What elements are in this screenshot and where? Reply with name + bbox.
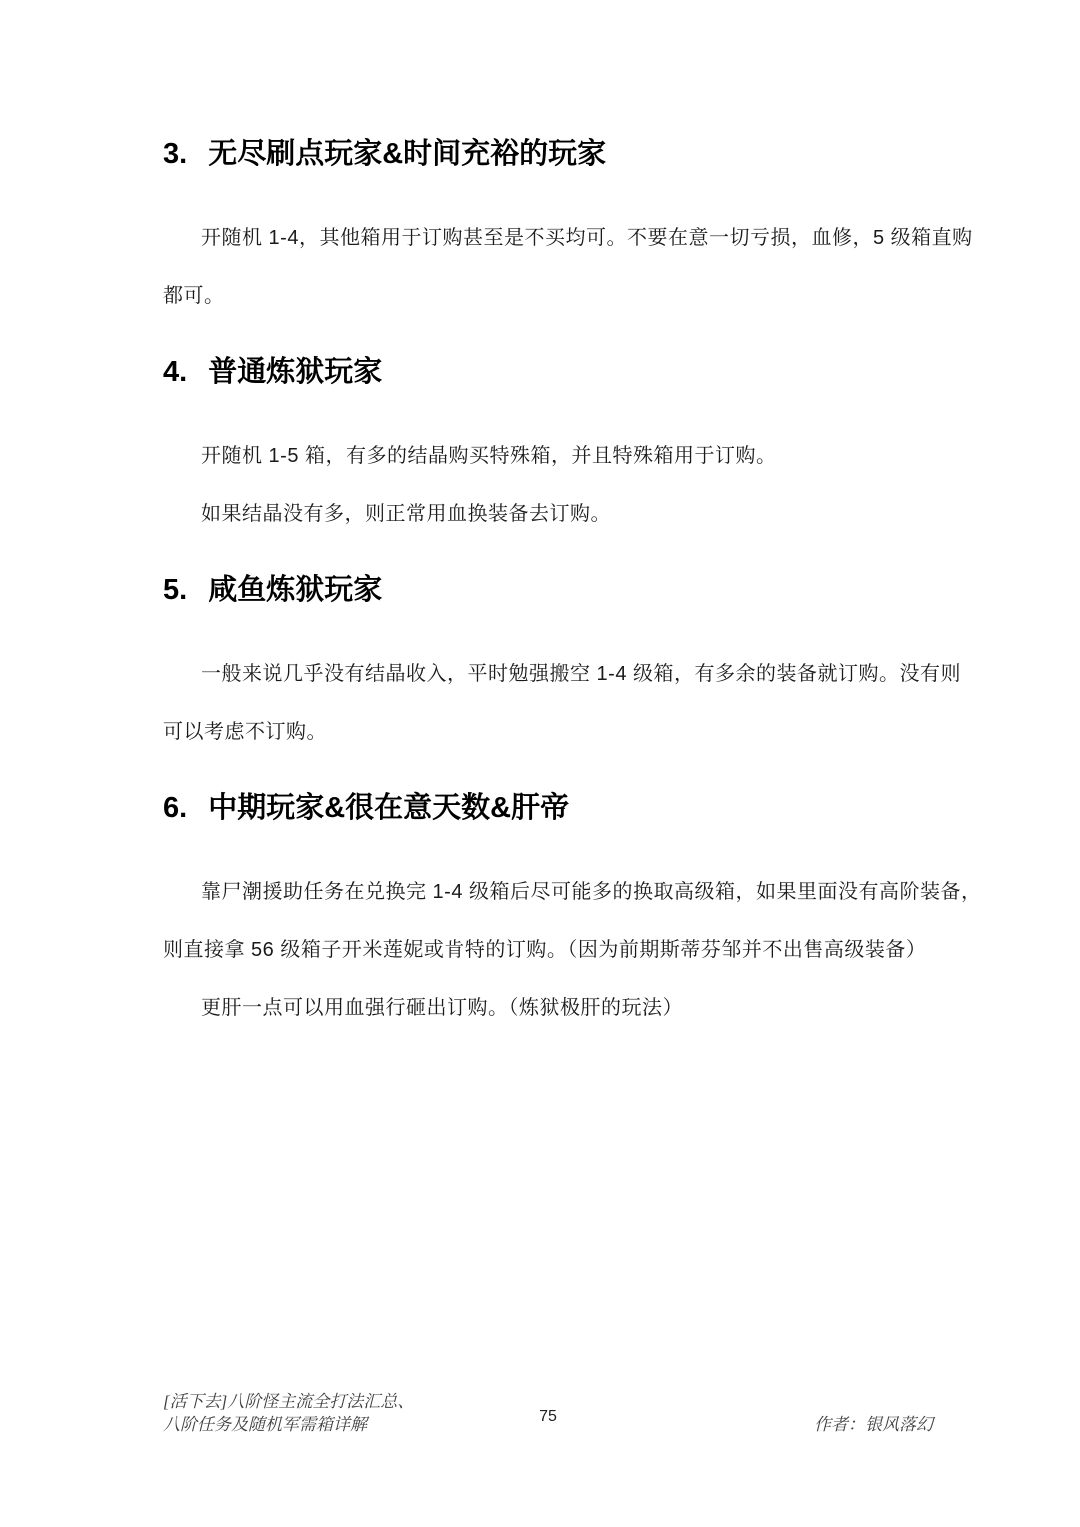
section-heading-6: 6. 中期玩家&很在意天数&肝帝 [163,786,933,830]
paragraph: 靠尸潮援助任务在兑换完 1-4 级箱后尽可能多的换取高级箱，如果里面没有高阶装备… [163,863,933,979]
page-footer: [活下去]八阶怪主流全打法汇总、 八阶任务及随机军需箱详解 75 作者：银风落幻 [163,1390,933,1442]
paragraph-line: 可以考虑不订购。 [163,703,933,761]
paragraph-line: 则直接拿 56 级箱子开米莲妮或肯特的订购。（因为前期斯蒂芬邹并不出售高级装备） [163,921,933,979]
paragraph-line: 开随机 1-4，其他箱用于订购甚至是不买均可。不要在意一切亏损，血修，5 级箱直… [163,209,933,267]
paragraph-line: 更肝一点可以用血强行砸出订购。（炼狱极肝的玩法） [163,979,933,1037]
paragraph: 开随机 1-5 箱，有多的结晶购买特殊箱，并且特殊箱用于订购。 [163,427,933,485]
paragraph-line: 如果结晶没有多，则正常用血换装备去订购。 [163,485,933,543]
paragraph-line: 一般来说几乎没有结晶收入，平时勉强搬空 1-4 级箱，有多余的装备就订购。没有则 [163,645,933,703]
heading-title: 中期玩家&很在意天数&肝帝 [208,786,569,830]
paragraph-line: 靠尸潮援助任务在兑换完 1-4 级箱后尽可能多的换取高级箱，如果里面没有高阶装备… [163,863,933,921]
page-content: 3. 无尽刷点玩家&时间充裕的玩家 开随机 1-4，其他箱用于订购甚至是不买均可… [163,0,933,1037]
heading-number: 4. [163,350,187,394]
paragraph: 如果结晶没有多，则正常用血换装备去订购。 [163,485,933,543]
footer-author: 作者：银风落幻 [814,1410,933,1435]
heading-number: 6. [163,786,187,830]
paragraph: 开随机 1-4，其他箱用于订购甚至是不买均可。不要在意一切亏损，血修，5 级箱直… [163,209,933,325]
heading-title: 咸鱼炼狱玩家 [208,568,382,612]
heading-title: 无尽刷点玩家&时间充裕的玩家 [208,132,606,176]
section-heading-5: 5. 咸鱼炼狱玩家 [163,568,933,612]
heading-number: 5. [163,568,187,612]
heading-number: 3. [163,132,187,176]
paragraph: 更肝一点可以用血强行砸出订购。（炼狱极肝的玩法） [163,979,933,1037]
section-heading-3: 3. 无尽刷点玩家&时间充裕的玩家 [163,132,933,176]
paragraph-line: 开随机 1-5 箱，有多的结晶购买特殊箱，并且特殊箱用于订购。 [163,427,933,485]
paragraph: 一般来说几乎没有结晶收入，平时勉强搬空 1-4 级箱，有多余的装备就订购。没有则… [163,645,933,761]
section-heading-4: 4. 普通炼狱玩家 [163,350,933,394]
heading-title: 普通炼狱玩家 [208,350,382,394]
document-page: 3. 无尽刷点玩家&时间充裕的玩家 开随机 1-4，其他箱用于订购甚至是不买均可… [0,0,1080,1527]
paragraph-line: 都可。 [163,267,933,325]
